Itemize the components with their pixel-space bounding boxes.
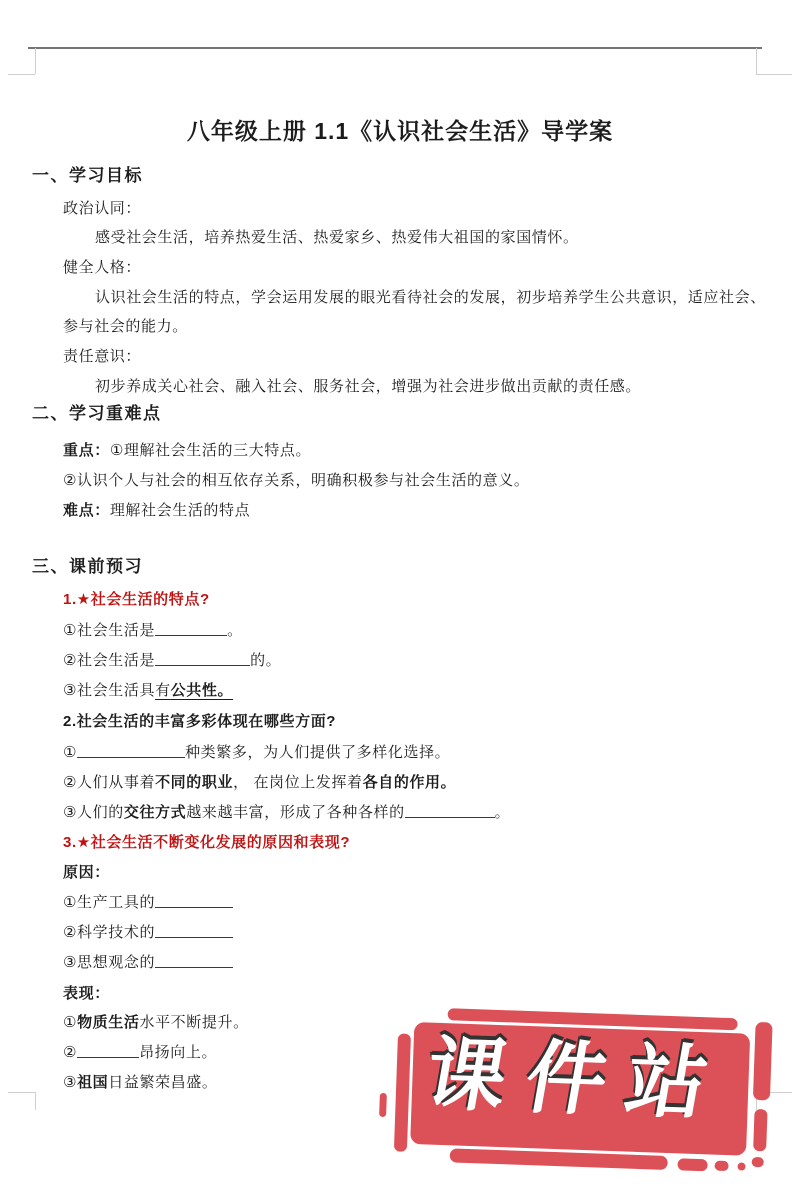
blank-field (155, 923, 233, 938)
key-point-line-2: ②认识个人与社会的相互依存关系，明确积极参与社会生活的意义。 (63, 471, 529, 491)
text-segment: 各自的作用。 (363, 774, 457, 791)
blank-field (155, 893, 233, 908)
q3-expression-1: ①物质生活水平不断提升。 (63, 1013, 249, 1033)
crop-mark-bottom-left-v (35, 1092, 36, 1110)
text-segment: ②科学技术的 (63, 924, 155, 941)
text-segment: 初步养成关心社会、融入社会、服务社会，增强为社会进步做出贡献的责任感。 (95, 378, 641, 395)
q2-item-1: ①种类繁多，为人们提供了多样化选择。 (63, 743, 450, 763)
stamp-border-bottom-3 (714, 1161, 728, 1171)
blank-field (77, 743, 185, 758)
text-segment: ① (63, 744, 77, 761)
q1-item-3: ③社会生活具有公共性。 (63, 681, 233, 701)
text-segment: 公共性。 (171, 682, 233, 699)
text-segment: 难点： (63, 502, 110, 519)
q3-reason-3: ③思想观念的 (63, 953, 233, 973)
q3-reason-2: ②科学技术的 (63, 923, 233, 943)
stamp-border-left (394, 1033, 411, 1151)
q3-label-reason: 原因： (63, 863, 110, 883)
blank-field (155, 953, 233, 968)
text-segment: ③思想观念的 (63, 954, 155, 971)
text-segment: 原因： (63, 864, 110, 881)
text-segment: 表现： (63, 985, 110, 1002)
question-2: 2.社会生活的丰富多彩体现在哪些方面? (63, 712, 336, 732)
q3-expression-3: ③祖国日益繁荣昌盛。 (63, 1073, 217, 1093)
text-segment: ③ (63, 1074, 77, 1091)
text-segment: 的。 (250, 652, 281, 669)
text-segment: ② (63, 1044, 77, 1061)
crop-mark-top-left-v (35, 48, 36, 74)
page-title: 八年级上册 1.1《认识社会生活》导学案 (0, 113, 800, 146)
q3-label-expression: 表现： (63, 984, 110, 1004)
crop-mark-bottom-left-h (8, 1092, 35, 1093)
text-segment: 有 (155, 682, 171, 699)
text-segment: 3.★社会生活不断变化发展的原因和表现? (63, 834, 350, 851)
text-segment: 越来越丰富，形成了各种各样的 (186, 804, 404, 821)
text-segment: 政治认同： (63, 200, 141, 217)
watermark-stamp: 课件站 (375, 1001, 793, 1187)
question-1: 1.★社会生活的特点? (63, 590, 210, 610)
q1-item-2: ②社会生活是的。 (63, 651, 281, 671)
text-segment: 理解社会生活的特点 (110, 502, 250, 519)
watermark-text: 课件站 (420, 1035, 744, 1125)
page-top-border (28, 47, 762, 49)
goal-text-responsibility: 初步养成关心社会、融入社会、服务社会，增强为社会进步做出贡献的责任感。 (95, 377, 641, 397)
text-segment: ②人们从事着 (63, 774, 155, 791)
stamp-border-right-dot (752, 1157, 764, 1167)
document-page: 八年级上册 1.1《认识社会生活》导学案 一、学习目标政治认同：感受社会生活，培… (0, 0, 800, 1200)
question-3: 3.★社会生活不断变化发展的原因和表现? (63, 833, 350, 853)
text-segment: 三、课前预习 (32, 557, 143, 576)
goal-label-responsibility: 责任意识： (63, 347, 141, 367)
text-segment: ②社会生活是 (63, 652, 155, 669)
key-point-line: 重点：①理解社会生活的三大特点。 (63, 441, 311, 461)
text-segment: 交往方式 (124, 804, 186, 821)
text-segment: 日益繁荣昌盛。 (108, 1074, 217, 1091)
text-segment: 物质生活 (77, 1014, 139, 1031)
text-segment: ① (63, 1014, 77, 1031)
q2-item-3: ③人们的交往方式越来越丰富，形成了各种各样的。 (63, 803, 510, 823)
blank-field (77, 1043, 139, 1058)
stamp-border-bottom-2 (677, 1158, 707, 1171)
text-segment: ③人们的 (63, 804, 124, 821)
crop-mark-top-left-h (8, 74, 35, 75)
stamp-border-right-2 (753, 1109, 767, 1151)
text-segment: ， 在岗位上发挥着 (233, 774, 363, 791)
text-segment: ①生产工具的 (63, 894, 155, 911)
text-segment: 。 (227, 622, 243, 639)
stamp-border-bottom-dot (737, 1162, 745, 1170)
text-segment: 水平不断提升。 (139, 1014, 248, 1031)
section-heading-3: 三、课前预习 (32, 557, 143, 577)
text-segment: ②认识个人与社会的相互依存关系，明确积极参与社会生活的意义。 (63, 472, 529, 489)
q1-item-1: ①社会生活是。 (63, 621, 243, 641)
text-segment: ①理解社会生活的三大特点。 (110, 442, 311, 459)
text-segment: 祖国 (77, 1074, 108, 1091)
q3-expression-2: ②昂扬向上。 (63, 1043, 217, 1063)
text-segment: ③社会生活具 (63, 682, 155, 699)
section-heading-1: 一、学习目标 (32, 166, 143, 186)
text-segment: 2.社会生活的丰富多彩体现在哪些方面? (63, 713, 336, 730)
text-segment: 认识社会生活的特点，学会运用发展的眼光看待社会的发展，初步培养学生公共意识，适应… (95, 289, 766, 306)
goal-label-personality: 健全人格： (63, 258, 141, 278)
blank-field (155, 651, 250, 666)
goal-text-personality-2: 参与社会的能力。 (63, 317, 188, 337)
q3-reason-1: ①生产工具的 (63, 893, 233, 913)
text-segment: 1.★社会生活的特点? (63, 591, 210, 608)
q2-item-2: ②人们从事着不同的职业， 在岗位上发挥着各自的作用。 (63, 773, 456, 793)
stamp-border-left-dash (379, 1093, 387, 1117)
goal-text-personality-1: 认识社会生活的特点，学会运用发展的眼光看待社会的发展，初步培养学生公共意识，适应… (95, 288, 766, 308)
text-segment: 种类繁多，为人们提供了多样化选择。 (185, 744, 450, 761)
text-segment: 一、学习目标 (32, 166, 143, 185)
text-segment: 重点： (63, 442, 110, 459)
text-segment: 。 (495, 804, 511, 821)
text-segment: ①社会生活是 (63, 622, 155, 639)
text-segment: 昂扬向上。 (139, 1044, 217, 1061)
blank-field (405, 803, 495, 818)
text-segment: 参与社会的能力。 (63, 318, 188, 335)
section-heading-2: 二、学习重难点 (32, 404, 162, 424)
difficult-point-line: 难点：理解社会生活的特点 (63, 501, 250, 521)
goal-label-politics: 政治认同： (63, 199, 141, 219)
text-segment: 感受社会生活，培养热爱生活、热爱家乡、热爱伟大祖国的家国情怀。 (95, 229, 579, 246)
text-segment: 二、学习重难点 (32, 404, 162, 423)
goal-text-politics: 感受社会生活，培养热爱生活、热爱家乡、热爱伟大祖国的家国情怀。 (95, 228, 579, 248)
crop-mark-top-right-h (756, 74, 792, 75)
text-segment: 责任意识： (63, 348, 141, 365)
blank-field (155, 621, 227, 636)
crop-mark-top-right-v (756, 48, 757, 74)
text-segment: 不同的职业 (155, 774, 233, 791)
text-segment: 健全人格： (63, 259, 141, 276)
stamp-border-right-1 (753, 1022, 773, 1101)
